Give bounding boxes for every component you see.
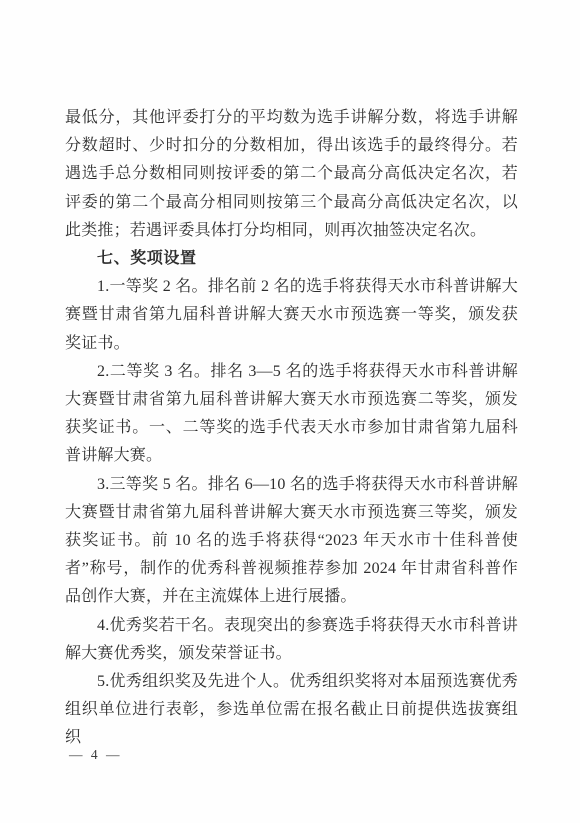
document-page: 最低分，其他评委打分的平均数为选手讲解分数，将选手讲解分数超时、少时扣分的分数相…	[0, 0, 580, 823]
paragraph-third-prize: 3.三等奖 5 名。排名 6—10 名的选手将获得天水市科普讲解大赛暨甘肃省第九…	[65, 471, 518, 612]
section-heading-awards: 七、奖项设置	[65, 245, 518, 273]
paragraph-scoring-rules: 最低分，其他评委打分的平均数为选手讲解分数，将选手讲解分数超时、少时扣分的分数相…	[65, 104, 518, 245]
paragraph-second-prize: 2.二等奖 3 名。排名 3—5 名的选手将获得天水市科普讲解大赛暨甘肃省第九届…	[65, 358, 518, 471]
paragraph-first-prize: 1.一等奖 2 名。排名前 2 名的选手将获得天水市科普讲解大赛暨甘肃省第九届科…	[65, 273, 518, 358]
paragraph-organization-award: 5.优秀组织奖及先进个人。优秀组织奖将对本届预选赛优秀组织单位进行表彰，参选单位…	[65, 668, 518, 753]
paragraph-excellence-award: 4.优秀奖若干名。表现突出的参赛选手将获得天水市科普讲解大赛优秀奖，颁发荣誉证书…	[65, 612, 518, 668]
document-body: 最低分，其他评委打分的平均数为选手讲解分数，将选手讲解分数超时、少时扣分的分数相…	[65, 104, 518, 753]
page-number: — 4 —	[69, 747, 122, 763]
